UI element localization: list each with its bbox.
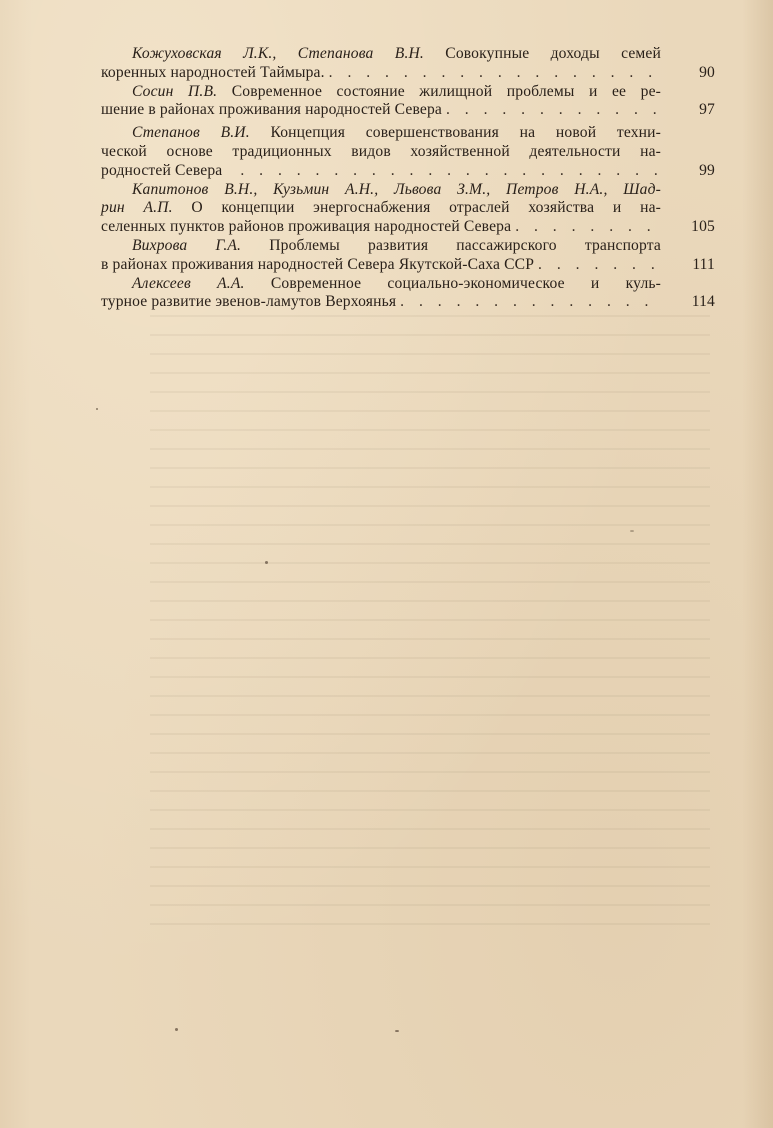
entry-author: Алексеев А.А. — [132, 275, 245, 292]
entry-title: Современное социально-экономическое и ку… — [271, 275, 661, 292]
page-number: 114 — [661, 293, 715, 312]
entry-title: в районах проживания народностей Севера … — [101, 256, 534, 275]
paper-speck — [96, 408, 98, 410]
paper-speck — [175, 1028, 178, 1031]
entry-title: шение в районах проживания народностей С… — [101, 101, 442, 120]
paper-speck — [395, 1030, 399, 1032]
entry-author: Капитонов В.Н., Кузьмин А.Н., Львова З.М… — [132, 181, 661, 200]
entry-title: Концепция совершенствования на новой тех… — [270, 124, 661, 141]
page-number: 111 — [661, 256, 715, 275]
toc-entry: Вихрова Г.А. Проблемы развития пассажирс… — [101, 237, 715, 275]
bleed-through-texture — [150, 315, 710, 942]
dot-leader — [396, 293, 661, 312]
entry-author: Сосин П.В. — [132, 83, 217, 100]
entry-author: рин А.П. — [101, 199, 173, 216]
paper-speck — [265, 561, 268, 564]
entry-title: селенных пунктов районов проживация наро… — [101, 218, 511, 237]
page-number: 97 — [661, 101, 715, 120]
page-number: 105 — [661, 218, 715, 237]
toc-entry: Кожуховская Л.К., Степанова В.Н. Совокуп… — [101, 45, 715, 83]
dot-leader — [442, 101, 661, 120]
entry-title: коренных народностей Таймыра. — [101, 64, 325, 83]
toc-entry: Сосин П.В. Современное состояние жилищно… — [101, 83, 715, 121]
entry-title: ческой основе традиционных видов хозяйст… — [101, 143, 661, 162]
page-number: 99 — [661, 162, 715, 181]
paper-speck — [630, 530, 634, 532]
dot-leader — [511, 218, 661, 237]
table-of-contents: Кожуховская Л.К., Степанова В.Н. Совокуп… — [101, 45, 715, 312]
entry-title: родностей Севера — [101, 162, 222, 181]
entry-title: Проблемы развития пассажирского транспор… — [269, 237, 661, 254]
toc-entry: Капитонов В.Н., Кузьмин А.Н., Львова З.М… — [101, 181, 715, 237]
dot-leader — [534, 256, 661, 275]
entry-title: турное развитие эвенов-ламутов Верхоянья — [101, 293, 396, 312]
dot-leader — [222, 162, 661, 181]
entry-author: Вихрова Г.А. — [132, 237, 241, 254]
toc-entry: Степанов В.И. Концепция совершенствовани… — [101, 124, 715, 180]
toc-entry: Алексеев А.А. Современное социально-экон… — [101, 275, 715, 313]
entry-title: О концепции энергоснабжения отраслей хоз… — [191, 199, 661, 216]
entry-title: Современное состояние жилищной проблемы … — [232, 83, 661, 100]
dot-leader — [325, 64, 661, 83]
entry-author: Степанов В.И. — [132, 124, 250, 141]
entry-author: Кожуховская Л.К., Степанова В.Н. — [132, 45, 424, 62]
entry-title: Совокупные доходы семей — [445, 45, 661, 62]
page-number: 90 — [661, 64, 715, 83]
